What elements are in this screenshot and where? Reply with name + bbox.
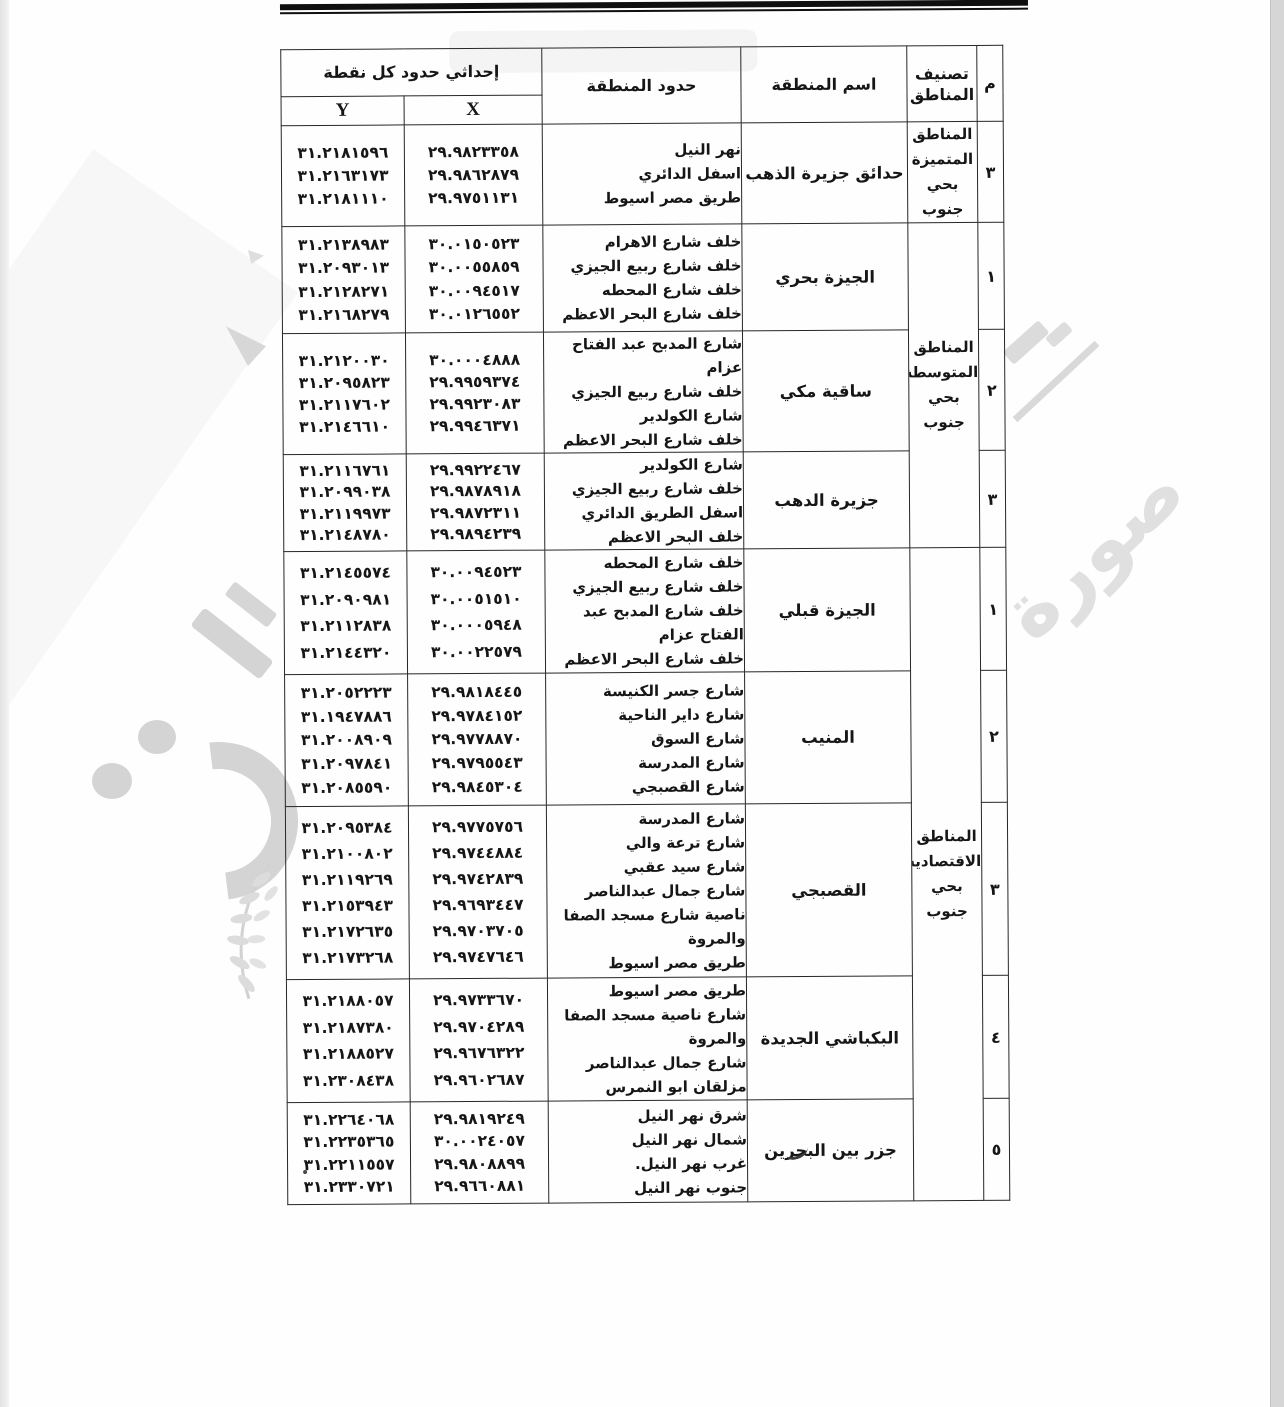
coordinate-value: ٣١.٢١٨٨٥٢٧ bbox=[303, 1045, 394, 1064]
coordinate-value: ٣١.٢٢٣٥٣٦٥ bbox=[303, 1133, 394, 1152]
boundary-line: شارع ترعة والي bbox=[547, 830, 745, 855]
boundaries-cell: طريق مصر اسيوطشارع ناصية مسجد الصفا والم… bbox=[547, 977, 747, 1101]
scan-edge-right bbox=[1270, 0, 1284, 1407]
header-coordinates-group: إحداثي حدود كل نقطة bbox=[281, 48, 542, 96]
y-coordinate-cell: ٣١.٢١٨٨٠٥٧٣١.٢١٨٧٣٨٠٣١.٢١٨٨٥٢٧٣١.٢٣٠٨٤٣٨ bbox=[286, 979, 410, 1103]
serial-cell: ٣ bbox=[979, 450, 1006, 547]
scanned-document-page: { "page": { "watermarks": { "copy_stamp"… bbox=[0, 0, 1284, 1407]
serial-cell: ٣ bbox=[977, 121, 1004, 222]
coordinate-stack: ٣١.٢١٣٨٩٨٣٣١.٢٠٩٣٠١٣٣١.٢١٢٨٢٧١٣١.٢١٦٨٢٧٩ bbox=[282, 230, 405, 330]
coordinate-value: ٣١.٢١١٧٦٠٢ bbox=[299, 396, 390, 415]
header-y-column: Y bbox=[281, 96, 404, 126]
coordinate-stack: ٣٠.٠١٥٠٥٢٣٣٠.٠٠٥٥٨٥٩٣٠.٠٠٩٤٥١٧٣٠.٠١٢٦٥٥٢ bbox=[405, 229, 543, 329]
boundaries-cell: شارع المدرسةشارع ترعة واليشارع سيد عقبيش… bbox=[546, 804, 746, 978]
x-coordinate-cell: ٣٠.٠٠٩٤٥٢٣٣٠.٠٠٥١٥١٠٣٠.٠٠٠٥٩٤٨٣٠.٠٠٢٢٥٧٩ bbox=[407, 550, 546, 674]
coordinate-stack: ٢٩.٩٨١٩٢٤٩٣٠.٠٠٢٤٠٥٧٢٩.٩٨٠٨٨٩٩٢٩.٩٦٦٠٨٨١ bbox=[411, 1105, 549, 1200]
classification-cell: المناطق الاقتصادية بحي جنوب bbox=[910, 547, 984, 1200]
coordinate-value: ٣١.٢١٢٠٠٣٠ bbox=[299, 352, 390, 371]
boundary-line: شارع جمال عبدالناصر bbox=[547, 878, 745, 903]
coordinate-value: ٢٩.٩٧٠٤٢٨٩ bbox=[433, 1017, 524, 1036]
coordinate-value: ٣١.٢٠٩٥٣٨٤ bbox=[301, 818, 392, 837]
top-double-rule bbox=[280, 0, 1028, 14]
table-row: ٣المناطق المتميزة بحي جنوبحدائق جزيرة ال… bbox=[281, 121, 1004, 226]
coordinate-value: ٣١.٢١٨٨٠٥٧ bbox=[302, 992, 393, 1011]
boundaries-cell: شارع المدبح عبد الفتاح عزامخلف شارع ربيع… bbox=[543, 331, 743, 453]
coordinate-value: ٣١.٢٠٩٩٠٣٨ bbox=[299, 483, 390, 502]
coordinate-value: ٣١.٢١٧٣٢٦٨ bbox=[302, 949, 393, 968]
boundary-line: خلف شارع ربيع الجيزي bbox=[545, 476, 743, 501]
header-region-name: اسم المنطقة bbox=[741, 46, 907, 123]
boundary-line: طريق مصر اسيوط bbox=[543, 185, 741, 210]
coordinate-value: ٣١.٢١٣٨٩٨٣ bbox=[298, 235, 389, 254]
boundary-line: شارع الكولدير bbox=[544, 403, 742, 428]
coordinate-value: ٣١.٢١٧٢٦٣٥ bbox=[302, 923, 393, 942]
boundary-line: اسفل الطريق الدائري bbox=[545, 500, 743, 525]
coordinate-value: ٣١.٢٠٠٨٩٠٩ bbox=[301, 731, 392, 750]
coordinate-value: ٢٩.٩٧٧٥٧٥٦ bbox=[432, 817, 523, 836]
serial-cell: ٢ bbox=[978, 329, 1005, 450]
coordinate-stack: ٢٩.٩٧٧٥٧٥٦٢٩.٩٧٤٤٨٨٤٢٩.٩٧٤٢٨٣٩٢٩.٩٦٩٣٤٤٧… bbox=[409, 809, 547, 975]
coordinate-value: ٣١.٢١٦٨٢٧٩ bbox=[298, 306, 389, 325]
coordinate-stack: ٣١.٢١١٦٧٦١٣١.٢٠٩٩٠٣٨٣١.٢١١٩٩٧٣٣١.٢١٤٨٧٨٠ bbox=[284, 458, 407, 548]
boundary-line: خلف البحر الاعظم bbox=[545, 524, 743, 549]
coordinate-value: ٢٩.٩٨٦٢٨٧٩ bbox=[428, 166, 519, 185]
coordinate-value: ٣١.٢١٢٨٢٧١ bbox=[298, 282, 389, 301]
serial-cell: ٢ bbox=[981, 670, 1008, 802]
boundary-line: خلف شارع المحطه bbox=[545, 550, 743, 575]
boundaries-cell: خلف شارع الاهرامخلف شارع ربيع الجيزيخلف … bbox=[543, 224, 743, 332]
coordinate-value: ٣٠.٠٠٩٤٥١٧ bbox=[429, 281, 520, 300]
y-coordinate-cell: ٣١.٢١٨١٥٩٦٣١.٢١٦٣١٧٣٣١.٢١٨١١١٠ bbox=[281, 125, 405, 227]
coordinate-value: ٢٩.٩٨٤٥٣٠٤ bbox=[432, 778, 523, 797]
table-row: ٣جزيرة الدهبشارع الكولديرخلف شارع ربيع ا… bbox=[283, 450, 1006, 551]
region-name-cell: جزر بين البحرين bbox=[747, 1099, 914, 1202]
coordinate-value: ٣١.٢٠٩٠٩٨١ bbox=[300, 590, 391, 609]
boundaries-cell: شارع الكولديرخلف شارع ربيع الجيزياسفل ال… bbox=[544, 452, 744, 550]
x-coordinate-cell: ٢٩.٩٨٢٣٣٥٨٢٩.٩٨٦٢٨٧٩٢٩.٩٧٥١١٣١ bbox=[404, 124, 543, 226]
coordinate-value: ٢٩.٩٧٤٤٨٨٤ bbox=[432, 844, 523, 863]
coordinate-value: ٢٩.٩٨٧٨٩١٨ bbox=[430, 482, 521, 501]
coordinate-value: ٢٩.٩٧٣٣٦٧٠ bbox=[433, 991, 524, 1010]
scan-sheet: م تصنيف المناطق اسم المنطقة حدود المنطقة… bbox=[0, 0, 1284, 1407]
x-coordinate-cell: ٢٩.٩٨١٩٢٤٩٣٠.٠٠٢٤٠٥٧٢٩.٩٨٠٨٨٩٩٢٩.٩٦٦٠٨٨١ bbox=[410, 1101, 549, 1204]
boundary-line: ناصية شارع مسجد الصفا والمروة bbox=[547, 902, 745, 951]
boundary-line: خلف شارع ربيع الجيزي bbox=[545, 574, 743, 599]
coordinate-value: ٢٩.٩٩٢٣٠٨٣ bbox=[429, 395, 520, 414]
boundary-line: شمال نهر النيل bbox=[549, 1127, 747, 1152]
boundary-line: مزلقان ابو النمرس bbox=[549, 1074, 747, 1099]
region-name-cell: الجيزة قبلي bbox=[744, 548, 911, 672]
coordinate-value: ٣١.٢٠٩٧٨٤١ bbox=[301, 755, 392, 774]
boundary-line: شارع المدبح عبد الفتاح عزام bbox=[544, 331, 742, 380]
boundary-line: شارع القصبجي bbox=[547, 774, 745, 799]
serial-cell: ٥ bbox=[983, 1098, 1010, 1200]
coordinate-value: ٣٠.٠٠٠٤٨٨٨ bbox=[429, 351, 520, 370]
coordinate-stack: ٣١.٢١٢٠٠٣٠٣١.٢٠٩٥٨٢٣٣١.٢١١٧٦٠٢٣١.٢١٤٦٦١٠ bbox=[283, 347, 406, 440]
boundary-line: شارع جسر الكنيسة bbox=[546, 678, 744, 703]
boundary-line: خلف شارع البحر الاعظم bbox=[546, 646, 744, 671]
x-coordinate-cell: ٢٩.٩٧٣٣٦٧٠٢٩.٩٧٠٤٢٨٩٢٩.٩٦٧٦٣٢٢٢٩.٩٦٠٢٦٨٧ bbox=[409, 978, 548, 1102]
coordinate-value: ٣٠.٠٠٥٥٨٥٩ bbox=[429, 258, 520, 277]
coordinate-value: ٣١.٢١٤٦٦١٠ bbox=[299, 418, 390, 437]
coordinate-value: ٣١.٢٣٠٨٤٣٨ bbox=[303, 1071, 394, 1090]
coordinate-value: ٣١.٢١١٢٨٣٨ bbox=[300, 617, 391, 636]
coordinate-value: ٢٩.٩٧٤٢٨٣٩ bbox=[432, 870, 523, 889]
coordinate-value: ٣١.٢٢١١٥٥٧ bbox=[303, 1155, 394, 1174]
boundary-line: شارع الكولدير bbox=[545, 452, 743, 477]
coordinate-value: ٢٩.٩٦٧٦٣٢٢ bbox=[433, 1044, 524, 1063]
table-body: ٣المناطق المتميزة بحي جنوبحدائق جزيرة ال… bbox=[281, 121, 1010, 1204]
y-coordinate-cell: ٣١.٢١٣٨٩٨٣٣١.٢٠٩٣٠١٣٣١.٢١٢٨٢٧١٣١.٢١٦٨٢٧٩ bbox=[282, 226, 406, 334]
boundary-line: خلف شارع ربيع الجيزي bbox=[544, 379, 742, 404]
boundary-line: نهر النيل bbox=[543, 137, 741, 162]
boundary-line: شارع داير الناحية bbox=[546, 702, 744, 727]
coordinate-stack: ٢٩.٩٨٢٣٣٥٨٢٩.٩٨٦٢٨٧٩٢٩.٩٧٥١١٣١ bbox=[405, 138, 542, 212]
coordinate-value: ٣٠.٠٠٠٥٩٤٨ bbox=[431, 616, 522, 635]
coordinate-value: ٢٩.٩٨٠٨٨٩٩ bbox=[434, 1154, 525, 1173]
regions-coordinates-table: م تصنيف المناطق اسم المنطقة حدود المنطقة… bbox=[280, 45, 1010, 1205]
header-classification: تصنيف المناطق bbox=[907, 45, 977, 121]
coordinate-stack: ٢٩.٩٨١٨٤٤٥٢٩.٩٧٨٤١٥٢٢٩.٩٧٧٨٨٧٠٢٩.٩٧٩٥٥٤٣… bbox=[408, 677, 546, 802]
coordinate-stack: ٣١.٢١٨١٥٩٦٣١.٢١٦٣١٧٣٣١.٢١٨١١١٠ bbox=[282, 139, 404, 213]
boundary-line: شرق نهر النيل bbox=[549, 1103, 747, 1128]
coordinate-value: ٣١.٢١٤٤٣٢٠ bbox=[300, 643, 391, 662]
boundary-line: شارع جمال عبدالناصر bbox=[548, 1050, 746, 1075]
coordinate-value: ٣٠.٠٠٥١٥١٠ bbox=[431, 589, 522, 608]
coordinate-value: ٢٩.٩٧٨٤١٥٢ bbox=[431, 707, 522, 726]
region-name-cell: حدائق جزيرة الذهب bbox=[741, 122, 908, 224]
table-row: ٢المنيبشارع جسر الكنيسةشارع داير الناحية… bbox=[285, 670, 1008, 806]
boundary-line: طريق مصر اسيوط bbox=[548, 978, 746, 1003]
coordinate-stack: ٣١.٢٢٦٤٠٦٨٣١.٢٢٣٥٣٦٥٣١.٢٢١١٥٥٧٣١.٢٣٣٠٧٢١ bbox=[288, 1106, 411, 1201]
boundaries-cell: شرق نهر النيلشمال نهر النيلغرب نهر النيل… bbox=[548, 1100, 748, 1203]
coordinate-value: ٢٩.٩٨١٩٢٤٩ bbox=[434, 1110, 525, 1129]
coordinate-stack: ٢٩.٩٧٣٣٦٧٠٢٩.٩٧٠٤٢٨٩٢٩.٩٦٧٦٣٢٢٢٩.٩٦٠٢٦٨٧ bbox=[410, 982, 548, 1098]
coordinate-stack: ٣١.٢١٤٥٥٧٤٣١.٢٠٩٠٩٨١٣١.٢١١٢٨٣٨٣١.٢١٤٤٣٢٠ bbox=[284, 555, 407, 671]
coordinate-value: ٢٩.٩٦٠٢٦٨٧ bbox=[433, 1071, 524, 1090]
boundary-line: خلف شارع ربيع الجيزي bbox=[544, 253, 742, 278]
coordinate-stack: ٣١.٢١٨٨٠٥٧٣١.٢١٨٧٣٨٠٣١.٢١٨٨٥٢٧٣١.٢٣٠٨٤٣٨ bbox=[287, 983, 410, 1099]
serial-cell: ١ bbox=[980, 547, 1007, 670]
coordinate-value: ٣٠.٠٠٩٤٥٢٣ bbox=[430, 563, 521, 582]
boundary-line: شارع ناصية مسجد الصفا والمروة bbox=[548, 1002, 746, 1051]
boundary-line: اسفل الدائري bbox=[543, 161, 741, 186]
region-name-cell: ساقية مكي bbox=[742, 330, 909, 452]
table-row: ١المناطق الاقتصادية بحي جنوبالجيزة قبليخ… bbox=[284, 547, 1007, 674]
x-coordinate-cell: ٣٠.٠١٥٠٥٢٣٣٠.٠٠٥٥٨٥٩٣٠.٠٠٩٤٥١٧٣٠.٠١٢٦٥٥٢ bbox=[405, 225, 544, 333]
x-coordinate-cell: ٣٠.٠٠٠٤٨٨٨٢٩.٩٩٥٩٣٧٤٢٩.٩٩٢٣٠٨٣٢٩.٩٩٤٦٣٧١ bbox=[405, 332, 544, 454]
region-name-cell: القصبجي bbox=[745, 803, 912, 977]
coordinate-stack: ٣١.٢٠٥٢٢٢٣٣١.١٩٤٧٨٨٦٣١.٢٠٠٨٩٠٩٣١.٢٠٩٧٨٤١… bbox=[285, 678, 408, 803]
region-name-cell: البكباشي الجديدة bbox=[746, 976, 913, 1100]
coordinate-value: ٢٩.٩٨١٨٤٤٥ bbox=[431, 683, 522, 702]
coordinate-stack: ٣٠.٠٠٠٤٨٨٨٢٩.٩٩٥٩٣٧٤٢٩.٩٩٢٣٠٨٣٢٩.٩٩٤٦٣٧١ bbox=[406, 347, 544, 440]
boundary-line: شارع سيد عقبي bbox=[547, 854, 745, 879]
y-coordinate-cell: ٣١.٢٢٦٤٠٦٨٣١.٢٢٣٥٣٦٥٣١.٢٢١١٥٥٧٣١.٢٣٣٠٧٢١ bbox=[287, 1102, 411, 1205]
table-row: ٢ساقية مكيشارع المدبح عبد الفتاح عزامخلف… bbox=[282, 329, 1005, 454]
classification-cell: المناطق المتميزة بحي جنوب bbox=[907, 121, 978, 222]
table-row: ٤البكباشي الجديدةطريق مصر اسيوطشارع ناصي… bbox=[286, 975, 1009, 1102]
table-row: ٣القصبجيشارع المدرسةشارع ترعة واليشارع س… bbox=[285, 802, 1008, 979]
coordinate-value: ٣١.٢١١٩٩٧٣ bbox=[300, 504, 391, 523]
coordinate-value: ٢٩.٩٦٩٣٤٤٧ bbox=[432, 896, 523, 915]
boundary-line: خلف شارع المحطه bbox=[544, 277, 742, 302]
coordinate-value: ٣١.٢٠٩٥٨٢٣ bbox=[299, 374, 390, 393]
serial-cell: ٣ bbox=[981, 802, 1008, 975]
stray-ink-dot bbox=[303, 1170, 307, 1174]
coordinate-value: ٣١.٢١٤٥٥٧٤ bbox=[300, 564, 391, 583]
boundary-line: خلف شارع البحر الاعظم bbox=[544, 301, 742, 326]
region-name-cell: المنيب bbox=[745, 671, 912, 804]
x-coordinate-cell: ٢٩.٩٩٢٢٤٦٧٢٩.٩٨٧٨٩١٨٢٩.٩٨٧٢٣١١٢٩.٩٨٩٤٢٣٩ bbox=[406, 453, 545, 551]
coordinate-value: ٢٩.٩٩٥٩٣٧٤ bbox=[429, 373, 520, 392]
region-name-cell: الجيزة بحري bbox=[742, 223, 909, 331]
boundaries-cell: نهر النيلاسفل الدائريطريق مصر اسيوط bbox=[542, 123, 742, 225]
boundary-line: شارع السوق bbox=[546, 726, 744, 751]
y-coordinate-cell: ٣١.٢٠٩٥٣٨٤٣١.٢١٠٠٨٠٢٣١.٢١١٩٢٦٩٣١.٢١٥٣٩٤٣… bbox=[285, 806, 409, 980]
serial-cell: ٤ bbox=[982, 975, 1009, 1098]
coordinate-value: ٣٠.٠١٢٦٥٥٢ bbox=[429, 305, 520, 324]
coordinate-value: ٢٩.٩٨٩٤٢٣٩ bbox=[430, 525, 521, 544]
boundary-line: خلف شارع البحر الاعظم bbox=[545, 427, 743, 452]
coordinate-value: ٢٩.٩٨٧٢٣١١ bbox=[430, 503, 521, 522]
coordinate-value: ٣٠.٠١٥٠٥٢٣ bbox=[428, 235, 519, 254]
header-row-main: م تصنيف المناطق اسم المنطقة حدود المنطقة… bbox=[281, 45, 1003, 96]
coordinate-value: ٣١.١٩٤٧٨٨٦ bbox=[301, 707, 392, 726]
boundary-line: شارع المدرسة bbox=[547, 806, 745, 831]
coordinate-value: ٣٠.٠٠٢٢٥٧٩ bbox=[431, 643, 522, 662]
boundary-line: طريق مصر اسيوط bbox=[548, 950, 746, 975]
header-x-column: X bbox=[404, 95, 542, 125]
table-row: ٥جزر بين البحرينشرق نهر النيلشمال نهر ال… bbox=[287, 1098, 1010, 1204]
region-name-cell: جزيرة الدهب bbox=[743, 451, 910, 549]
coordinate-value: ٣١.٢٠٩٣٠١٣ bbox=[298, 259, 389, 278]
scan-edge-left bbox=[0, 0, 9, 1407]
coordinate-stack: ٣١.٢٠٩٥٣٨٤٣١.٢١٠٠٨٠٢٣١.٢١١٩٢٦٩٣١.٢١٥٣٩٤٣… bbox=[286, 810, 409, 976]
boundary-line: خلف شارع المدبح عبد الفتاح عزام bbox=[546, 598, 744, 647]
boundary-line: جنوب نهر النيل bbox=[549, 1175, 747, 1200]
coordinate-value: ٣٠.٠٠٢٤٠٥٧ bbox=[434, 1132, 525, 1151]
coordinate-value: ٣١.٢١٨٧٣٨٠ bbox=[303, 1018, 394, 1037]
boundary-line: خلف شارع الاهرام bbox=[543, 229, 741, 254]
table-header: م تصنيف المناطق اسم المنطقة حدود المنطقة… bbox=[281, 45, 1003, 125]
coordinate-value: ٢٩.٩٧٧٨٨٧٠ bbox=[431, 730, 522, 749]
coordinate-stack: ٣٠.٠٠٩٤٥٢٣٣٠.٠٠٥١٥١٠٣٠.٠٠٠٥٩٤٨٣٠.٠٠٢٢٥٧٩ bbox=[407, 554, 545, 670]
coordinate-value: ٢٩.٩٩٢٢٤٦٧ bbox=[430, 461, 521, 480]
coordinate-value: ٣١.٢١١٩٢٦٩ bbox=[302, 870, 393, 889]
coordinate-value: ٢٩.٩٨٢٣٣٥٨ bbox=[428, 143, 519, 162]
coordinate-value: ٢٩.٩٦٦٠٨٨١ bbox=[434, 1177, 525, 1196]
header-boundaries: حدود المنطقة bbox=[542, 47, 741, 124]
header-serial: م bbox=[977, 45, 1003, 121]
y-coordinate-cell: ٣١.٢١١٦٧٦١٣١.٢٠٩٩٠٣٨٣١.٢١١٩٩٧٣٣١.٢١٤٨٧٨٠ bbox=[283, 454, 407, 552]
coordinate-value: ٢٩.٩٧٠٣٧٠٥ bbox=[433, 922, 524, 941]
boundary-line: شارع المدرسة bbox=[547, 750, 745, 775]
coordinate-value: ٣١.٢٢٦٤٠٦٨ bbox=[303, 1110, 394, 1129]
boundaries-cell: خلف شارع المحطهخلف شارع ربيع الجيزيخلف ش… bbox=[545, 549, 745, 673]
coordinate-stack: ٢٩.٩٩٢٢٤٦٧٢٩.٩٨٧٨٩١٨٢٩.٩٨٧٢٣١١٢٩.٩٨٩٤٢٣٩ bbox=[407, 457, 545, 547]
coordinate-value: ٢٩.٩٧٤٧٦٤٦ bbox=[433, 948, 524, 967]
coordinate-value: ٢٩.٩٧٥١١٣١ bbox=[428, 188, 519, 207]
x-coordinate-cell: ٢٩.٩٨١٨٤٤٥٢٩.٩٧٨٤١٥٢٢٩.٩٧٧٨٨٧٠٢٩.٩٧٩٥٥٤٣… bbox=[408, 673, 547, 806]
boundaries-cell: شارع جسر الكنيسةشارع داير الناحيةشارع ال… bbox=[546, 672, 746, 805]
coordinate-value: ٣١.٢١٨١٥٩٦ bbox=[297, 144, 388, 163]
y-coordinate-cell: ٣١.٢٠٥٢٢٢٣٣١.١٩٤٧٨٨٦٣١.٢٠٠٨٩٠٩٣١.٢٠٩٧٨٤١… bbox=[285, 674, 409, 807]
y-coordinate-cell: ٣١.٢١٢٠٠٣٠٣١.٢٠٩٥٨٢٣٣١.٢١١٧٦٠٢٣١.٢١٤٦٦١٠ bbox=[282, 333, 406, 455]
coordinate-value: ٢٩.٩٩٤٦٣٧١ bbox=[429, 417, 520, 436]
coordinate-value: ٣١.٢١٠٠٨٠٢ bbox=[302, 844, 393, 863]
boundary-line: غرب نهر النيل. bbox=[549, 1151, 747, 1176]
classification-cell: المناطق المتوسطة بحي جنوب bbox=[908, 222, 980, 547]
y-coordinate-cell: ٣١.٢١٤٥٥٧٤٣١.٢٠٩٠٩٨١٣١.٢١١٢٨٣٨٣١.٢١٤٤٣٢٠ bbox=[284, 551, 408, 675]
serial-cell: ١ bbox=[978, 222, 1005, 329]
coordinate-value: ٣١.٢٠٥٢٢٢٣ bbox=[301, 684, 392, 703]
coordinate-value: ٢٩.٩٧٩٥٥٤٣ bbox=[432, 754, 523, 773]
coordinate-value: ٣١.٢٠٨٥٥٩٠ bbox=[301, 778, 392, 797]
coordinate-value: ٣١.٢٣٣٠٧٢١ bbox=[304, 1178, 395, 1197]
table-row: ١المناطق المتوسطة بحي جنوبالجيزة بحريخلف… bbox=[282, 222, 1005, 333]
x-coordinate-cell: ٢٩.٩٧٧٥٧٥٦٢٩.٩٧٤٤٨٨٤٢٩.٩٧٤٢٨٣٩٢٩.٩٦٩٣٤٤٧… bbox=[408, 805, 547, 979]
coordinate-value: ٣١.٢١١٦٧٦١ bbox=[299, 461, 390, 480]
coordinate-value: ٣١.٢١٨١١١٠ bbox=[298, 189, 389, 208]
coordinate-value: ٣١.٢١٥٣٩٤٣ bbox=[302, 897, 393, 916]
coordinate-value: ٣١.٢١٤٨٧٨٠ bbox=[300, 526, 391, 545]
coordinate-value: ٣١.٢١٦٣١٧٣ bbox=[297, 167, 388, 186]
